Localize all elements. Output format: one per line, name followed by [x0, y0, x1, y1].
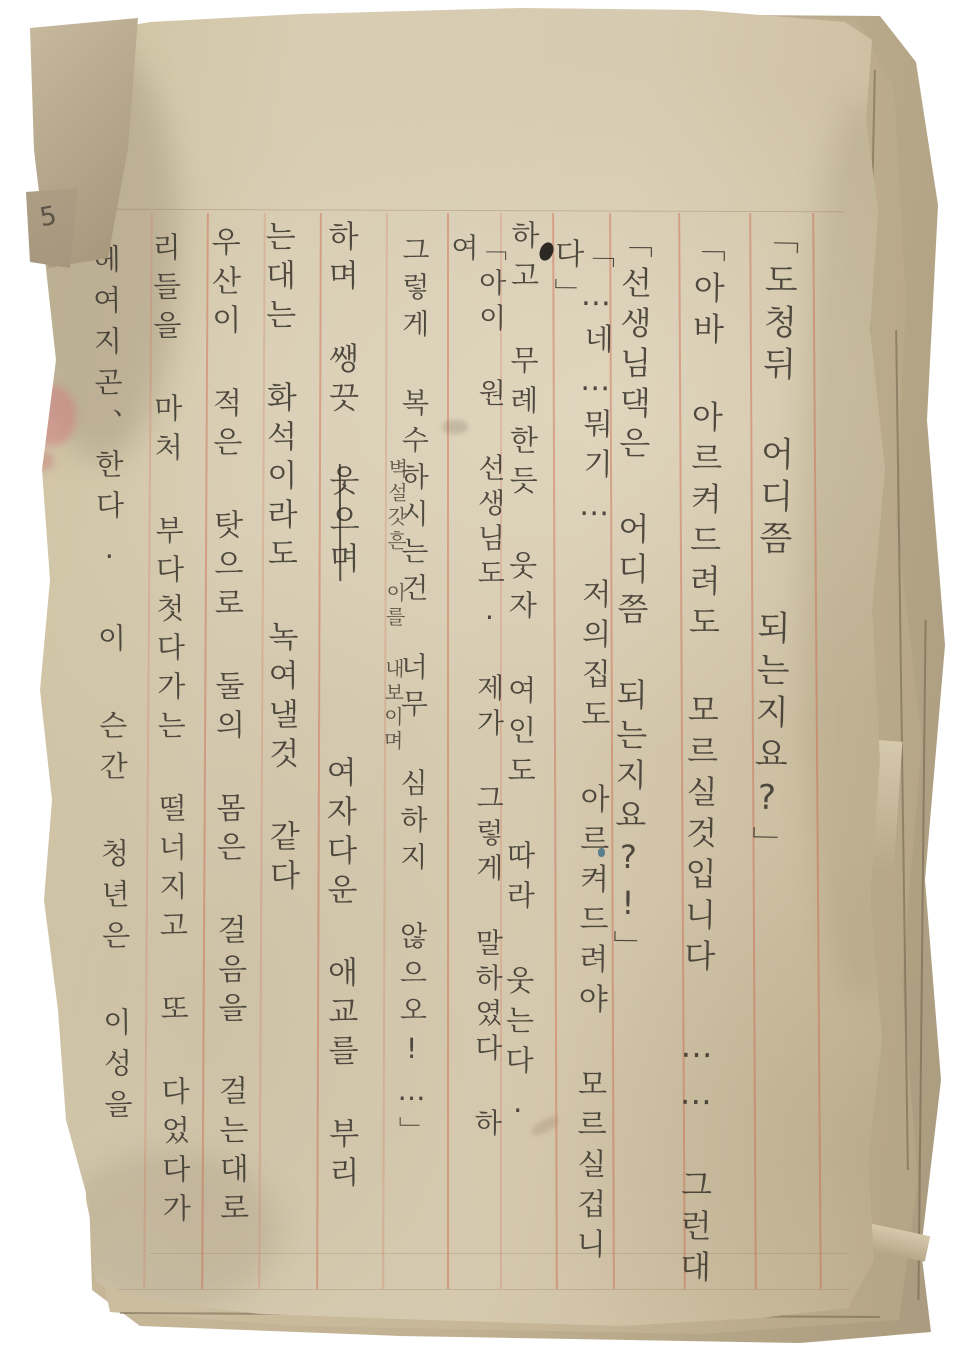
text-column-8-continued: 여자다운 애교를 부리: [322, 756, 357, 1276]
text-column-1: 「도청뒤 어디쯤 되는지요?」: [748, 220, 796, 901]
text-column-8-start: 하며 쌩끗 웃으며: [324, 220, 357, 780]
teal-speck: [598, 848, 605, 857]
text-column-2: 「아바 아르켜드려도 모르실것입니다 …… 그런대: [677, 230, 724, 1308]
text-column-11: 리들을 마처 부다첫다가는 떨너지고 또 다었다가: [150, 232, 190, 1310]
text-column-5: 하고 무례한듯 웃자 여인도 따라 웃는다.: [502, 220, 538, 1160]
text-column-9: 는대는 화석이라도 녹여낼것 같다: [261, 220, 298, 1020]
struck-text: 웃으며: [323, 464, 359, 581]
manuscript-photo: 「도청뒤 어디쯤 되는지요?」 「아바 아르켜드려도 모르실것입니다 …… 그런…: [0, 0, 969, 1349]
ruled-line-horizontal-top: [96, 209, 844, 213]
manuscript-sheet: 「도청뒤 어디쯤 되는지요?」 「아바 아르켜드려도 모르실것입니다 …… 그런…: [0, 0, 969, 1349]
pink-stain: [28, 386, 76, 446]
ruled-line: [316, 213, 322, 1289]
text-column-6: 「아이 원 선생님도. 제가 그렇게 말하였다 하여: [444, 233, 505, 1143]
text-column-10: 우산이 적은 탓으로 둘의 몸은 걸음을 걸는대로: [207, 226, 246, 1294]
pink-stain: [34, 452, 54, 470]
teal-speck: [36, 846, 45, 860]
text-column-3: 「선생님댁은 어디쯤 되는지요?!」: [610, 226, 651, 1086]
text-run: 하며 쌩끗: [322, 220, 359, 464]
smudge: [442, 420, 468, 434]
text-column-4: 「…네…뭐기… 저의집도 아르켜드려야 모르실겁니다」: [542, 238, 611, 1298]
